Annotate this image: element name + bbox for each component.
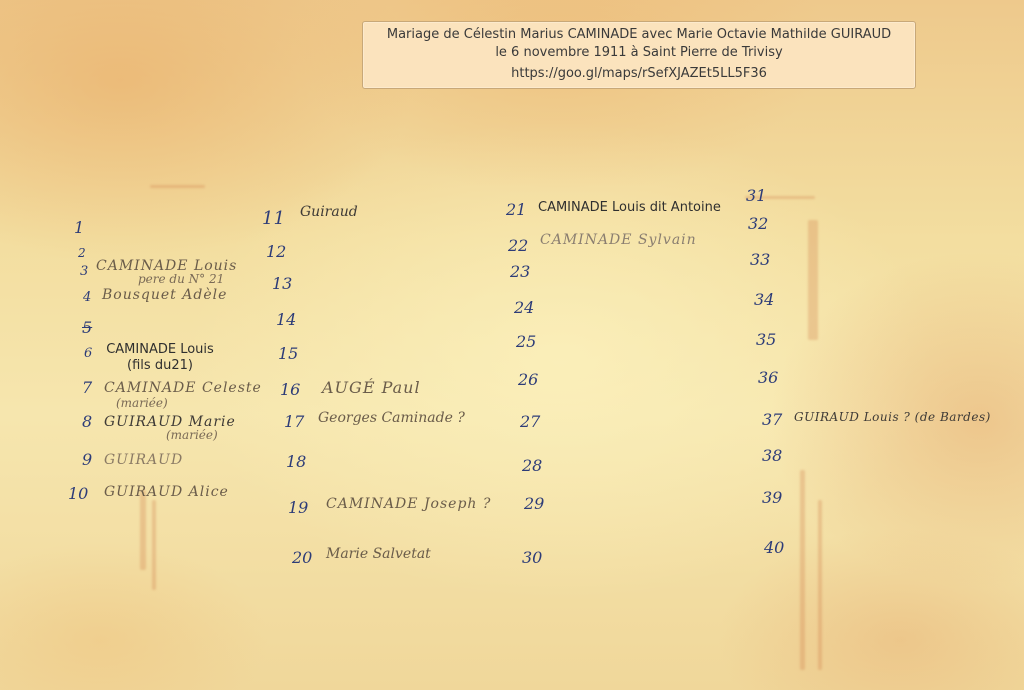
entry-number: 19: [288, 498, 308, 517]
entry-number: 40: [764, 538, 784, 557]
entry-number: 9: [82, 450, 92, 469]
entry-number: 32: [748, 214, 768, 233]
entry-name: Guiraud: [300, 204, 358, 220]
entry-number: 15: [278, 344, 298, 363]
entry-number: 18: [286, 452, 306, 471]
entry-number: 39: [762, 488, 782, 507]
entry-number: 28: [522, 456, 542, 475]
entry-name: Georges Caminade ?: [318, 410, 465, 426]
entry-number: 2: [78, 246, 86, 260]
entry-number: 13: [272, 274, 292, 293]
caption-title: Mariage de Célestin Marius CAMINADE avec…: [387, 27, 891, 42]
entry-number: 12: [266, 242, 286, 261]
entry-name: AUGÉ Paul: [322, 378, 421, 397]
entry-name: CAMINADE Celeste: [104, 380, 262, 396]
entry-number: 20: [292, 548, 312, 567]
entry-number: 33: [750, 250, 770, 269]
entry-number: 4: [83, 290, 91, 305]
entry-number-struck: 5: [82, 318, 92, 337]
entry-number: 27: [520, 412, 540, 431]
caption-box: Mariage de Célestin Marius CAMINADE avec…: [362, 21, 916, 89]
entry-number: 11: [262, 208, 285, 229]
entry-name: CAMINADE Sylvain: [540, 232, 697, 248]
stain-mark: [818, 500, 822, 670]
entry-name: GUIRAUD Louis ? (de Bardes): [794, 410, 991, 424]
entry21-annotation: CAMINADE Louis dit Antoine: [538, 200, 721, 216]
entry-number: 1: [74, 218, 84, 237]
entry-name: GUIRAUD: [104, 452, 183, 468]
entry-number: 14: [276, 310, 296, 329]
stain-mark: [140, 490, 146, 570]
entry-name: Bousquet Adèle: [102, 287, 227, 303]
entry-number: 35: [756, 330, 776, 349]
entry-number: 10: [68, 484, 88, 503]
entry-name: Marie Salvetat: [326, 546, 431, 562]
entry-number: 22: [508, 236, 528, 255]
entry-number: 25: [516, 332, 536, 351]
entry-number: 34: [754, 290, 774, 309]
entry-number: 17: [284, 412, 304, 431]
caption-map-link[interactable]: https://goo.gl/maps/rSefXJAZEt5LL5F36: [363, 65, 915, 83]
entry-number: 8: [82, 412, 92, 431]
entry-number: 6: [84, 346, 92, 361]
entry-number: 16: [280, 380, 300, 399]
stain-mark: [808, 220, 818, 340]
entry-number: 36: [758, 368, 778, 387]
entry-number: 26: [518, 370, 538, 389]
entry-number: 21: [506, 200, 526, 219]
caption-date-place: le 6 novembre 1911 à Saint Pierre de Tri…: [495, 45, 782, 60]
entry-number: 7: [82, 378, 92, 397]
entry-number: 3: [80, 264, 88, 279]
entry-name: GUIRAUD Alice: [104, 484, 229, 500]
entry-name: CAMINADE Joseph ?: [326, 496, 491, 512]
entry-note: (mariée): [166, 428, 218, 442]
entry6-annotation: CAMINADE Louis (fils du21): [100, 342, 220, 374]
entry-number: 24: [514, 298, 534, 317]
entry-number: 31: [746, 186, 766, 205]
stain-mark: [800, 470, 805, 670]
entry-number: 23: [510, 262, 530, 281]
entry-note: pere du N° 21: [138, 272, 224, 286]
entry-number: 38: [762, 446, 782, 465]
stain-mark: [152, 500, 156, 590]
stain-mark: [150, 185, 205, 188]
entry-number: 37: [762, 410, 782, 429]
entry-number: 30: [522, 548, 542, 567]
entry-number: 29: [524, 494, 544, 513]
entry-note: (mariée): [116, 396, 168, 410]
